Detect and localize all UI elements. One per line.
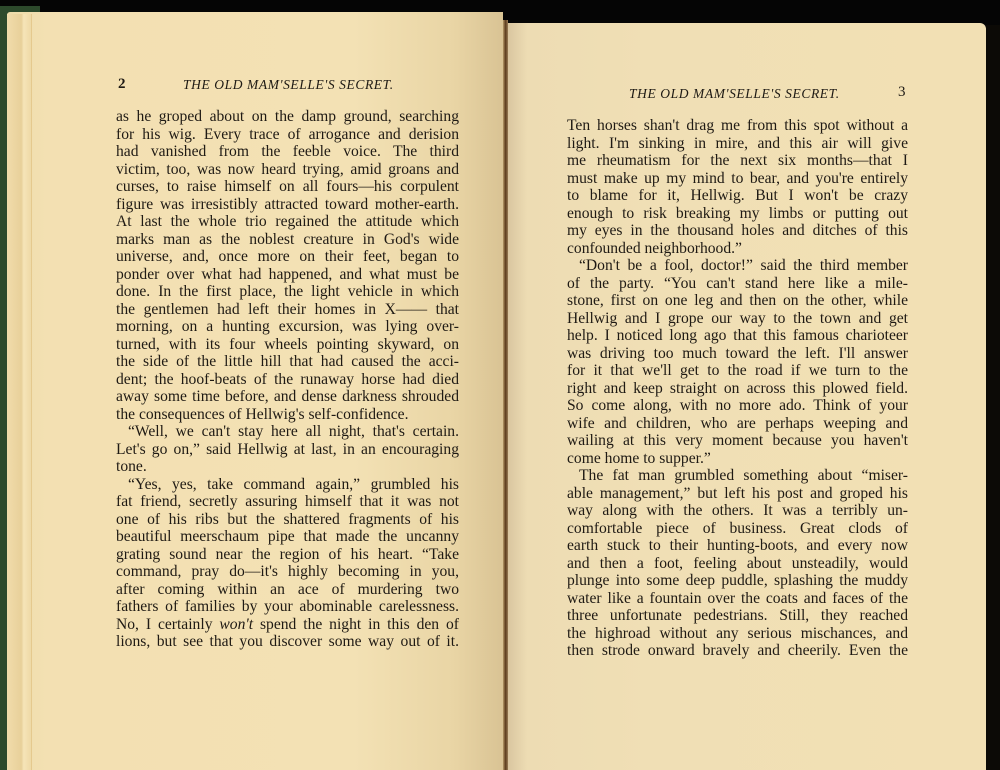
text-line: Ten horses shan't drag me from this spot…	[567, 117, 908, 135]
text-line: wailing at this very moment because you …	[567, 432, 908, 450]
book-cover-right	[986, 25, 1000, 770]
text-line: was driving too much toward the left. I'…	[567, 345, 908, 363]
right-page-body: Ten horses shan't drag me from this spot…	[567, 117, 908, 660]
text-line: command, pray do—it's highly becoming in…	[116, 563, 459, 581]
page-number-left: 2	[118, 76, 126, 93]
text-line: after coming within an ace of murdering …	[116, 581, 459, 599]
text-line: morning, on a hunting excursion, was lyi…	[116, 318, 459, 336]
text-line: No, I certainly won't spend the night in…	[116, 616, 459, 634]
text-line: way along with the others. It was a terr…	[567, 502, 908, 520]
text-line: away some time before, and dense darknes…	[116, 388, 459, 406]
text-line: Let's go on,” said Hellwig at last, in a…	[116, 441, 459, 459]
text-line: figure was irresistibly attracted toward…	[116, 196, 459, 214]
text-line: comfortable piece of business. Great clo…	[567, 520, 908, 538]
text-line: the highroad without any serious mischan…	[567, 625, 908, 643]
text-line: of the party. “You can't stand here like…	[567, 275, 908, 293]
text-line: as he groped about on the damp ground, s…	[116, 108, 459, 126]
text-line: able management,” but left his post and …	[567, 485, 908, 503]
text-line: turned, with its four wheels pointing sk…	[116, 336, 459, 354]
text-line: light. I'm sinking in mire, and this air…	[567, 135, 908, 153]
text-line: enough to risk breaking my limbs or putt…	[567, 205, 908, 223]
text-line: three unfortunate pedestrians. Still, th…	[567, 607, 908, 625]
text-line: The fat man grumbled something about “mi…	[567, 467, 908, 485]
text-line: “Yes, yes, take command again,” grumbled…	[116, 476, 459, 494]
text-line: lions, but see that you discover some wa…	[116, 633, 459, 651]
left-page-body: as he groped about on the damp ground, s…	[116, 108, 459, 651]
text-line: one of his ribs but the shattered fragme…	[116, 511, 459, 529]
text-line: “Don't be a fool, doctor!” said the thir…	[567, 257, 908, 275]
text-line: universe, and, once more on their feet, …	[116, 248, 459, 266]
text-line: grating sound near the region of his hea…	[116, 546, 459, 564]
text-line: right and keep straight on across this p…	[567, 380, 908, 398]
text-line: marks man as the noblest creature in God…	[116, 231, 459, 249]
text-line: fat friend, secretly assuring himself th…	[116, 493, 459, 511]
text-line: had vanished from the feeble voice. The …	[116, 143, 459, 161]
text-line: my eyes in the thousand holes and ditche…	[567, 222, 908, 240]
page-number-right: 3	[898, 84, 906, 101]
text-line: the side of the little hill that had cau…	[116, 353, 459, 371]
emphasis: won't	[219, 616, 253, 633]
text-line: Hellwig and I grope our way to the town …	[567, 310, 908, 328]
text-line: confounded neighborhood.”	[567, 240, 908, 258]
text-line: the consequences of Hellwig's self-confi…	[116, 406, 459, 424]
running-head-right: THE OLD MAM'SELLE'S SECRET.	[629, 86, 840, 102]
text-line: for his wig. Every trace of arrogance an…	[116, 126, 459, 144]
text-line: and then a foot, feeling about unsteadil…	[567, 555, 908, 573]
text-line: must make up my mind to bear, and you're…	[567, 170, 908, 188]
text-line: So come along, with no more ado. Think o…	[567, 397, 908, 415]
text-line: come home to supper.”	[567, 450, 908, 468]
text-line: earth stuck to their hunting-boots, and …	[567, 537, 908, 555]
text-line: curses, to raise himself on all fours—hi…	[116, 178, 459, 196]
text-line: stone, first on one leg and then on the …	[567, 292, 908, 310]
text-line: plunge into some deep puddle, splashing …	[567, 572, 908, 590]
text-line: beautiful meerschaum pipe that made the …	[116, 528, 459, 546]
text-line: the gentlemen had left their homes in X—…	[116, 301, 459, 319]
text-line: for it that we'll get to the road if we …	[567, 362, 908, 380]
text-line: to blame for it, Hellwig. But I won't be…	[567, 187, 908, 205]
text-line: done. In the first place, the light vehi…	[116, 283, 459, 301]
text-line: dent; the hoof-beats of the runaway hors…	[116, 371, 459, 389]
book-gutter	[503, 20, 508, 770]
text-line: then strode onward bravely and cheerily.…	[567, 642, 908, 660]
text-line: ponder over what had happened, and what …	[116, 266, 459, 284]
text-line: tone.	[116, 458, 459, 476]
text-line: help. I noticed long ago that this famou…	[567, 327, 908, 345]
text-line: wife and children, who are perhaps weepi…	[567, 415, 908, 433]
text-line: fathers of families by your abominable c…	[116, 598, 459, 616]
text-line: At last the whole trio regained the atti…	[116, 213, 459, 231]
running-head-left: THE OLD MAM'SELLE'S SECRET.	[183, 77, 394, 93]
text-line: water like a fountain over the coats and…	[567, 590, 908, 608]
text-line: me rheumatism for the next six months—th…	[567, 152, 908, 170]
text-line: victim, too, was now heard trying, amid …	[116, 161, 459, 179]
left-page-fore-edge	[7, 14, 32, 770]
text-line: “Well, we can't stay here all night, tha…	[116, 423, 459, 441]
